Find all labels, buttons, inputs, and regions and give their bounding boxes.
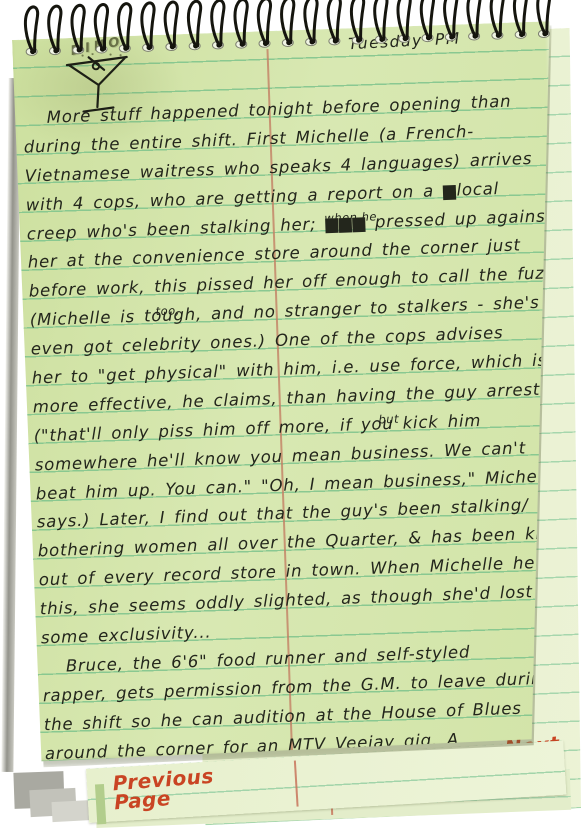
- journal-text: More stuff happened tonight before openi…: [22, 87, 551, 769]
- pad-backing-edge: [1, 78, 20, 772]
- previous-page-link[interactable]: Previous Page: [112, 766, 225, 812]
- journal-page: Next Page Previous Page DINO: [0, 0, 584, 829]
- notepad-page: DINO Tuesday PM when he too, but: [12, 21, 575, 761]
- center-line-segment: [294, 761, 299, 807]
- sheet-fold-edge: [95, 784, 106, 824]
